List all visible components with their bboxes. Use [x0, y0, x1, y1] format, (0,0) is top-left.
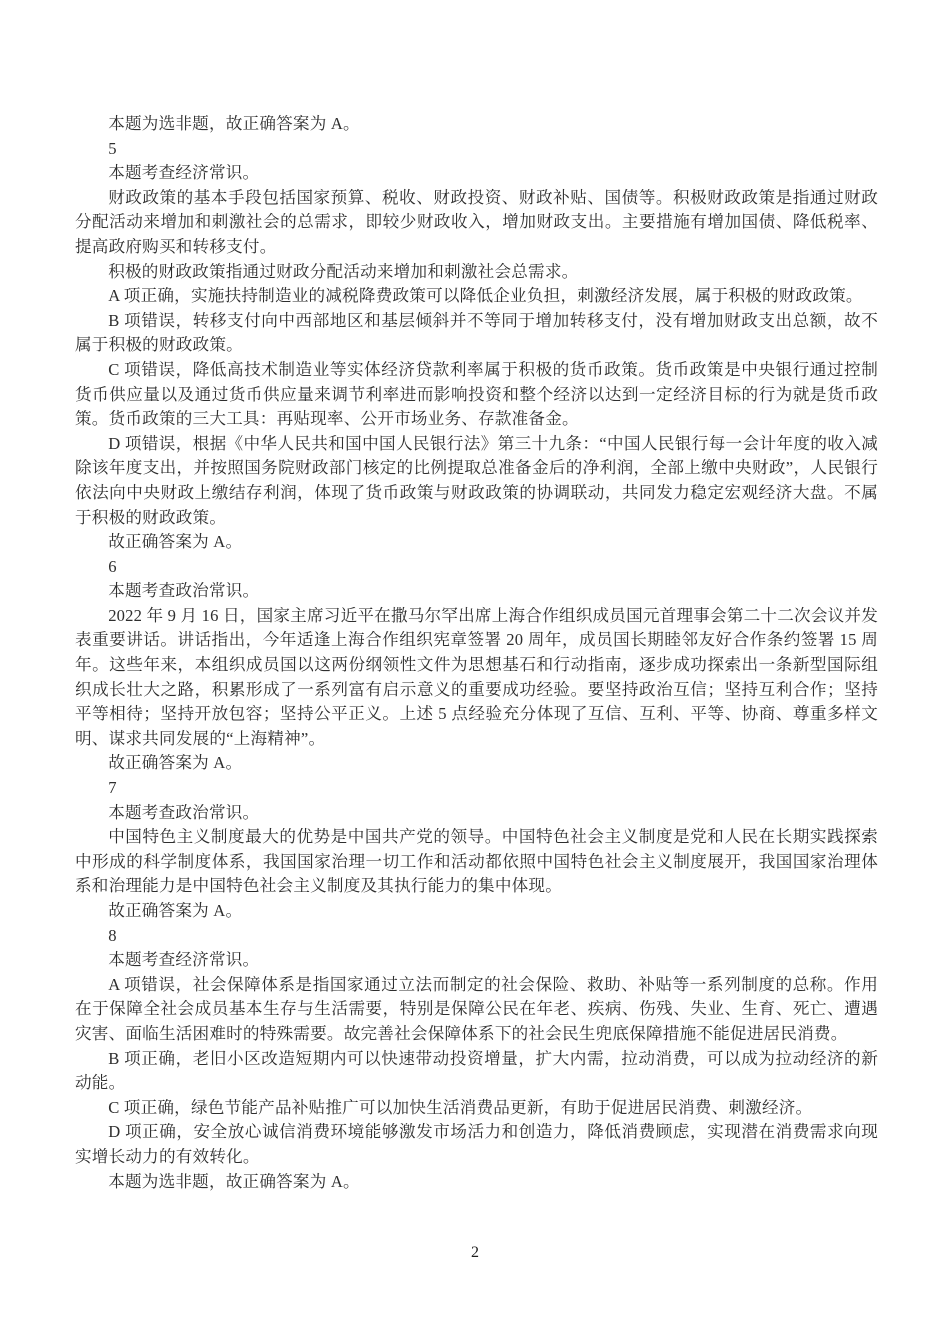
- page-number: 2: [0, 1243, 950, 1263]
- paragraph: 本题考查政治常识。: [75, 579, 878, 604]
- paragraph: A 项错误，社会保障体系是指国家通过立法而制定的社会保险、救助、补贴等一系列制度…: [75, 973, 878, 1047]
- paragraph: B 项正确，老旧小区改造短期内可以快速带动投资增量，扩大内需，拉动消费，可以成为…: [75, 1047, 878, 1096]
- paragraph: 本题考查经济常识。: [75, 948, 878, 973]
- paragraph: 故正确答案为 A。: [75, 530, 878, 555]
- paragraph: 本题考查经济常识。: [75, 161, 878, 186]
- paragraph: 7: [75, 776, 878, 801]
- paragraph: 8: [75, 924, 878, 949]
- paragraph: 财政政策的基本手段包括国家预算、税收、财政投资、财政补贴、国债等。积极财政政策是…: [75, 186, 878, 260]
- paragraph: D 项正确，安全放心诚信消费环境能够激发市场活力和创造力，降低消费顾虑，实现潜在…: [75, 1120, 878, 1169]
- paragraph: 故正确答案为 A。: [75, 899, 878, 924]
- paragraph: 2022 年 9 月 16 日，国家主席习近平在撒马尔罕出席上海合作组织成员国元…: [75, 604, 878, 752]
- document-body: 本题为选非题，故正确答案为 A。5本题考查经济常识。财政政策的基本手段包括国家预…: [75, 112, 878, 1194]
- paragraph: D 项错误，根据《中华人民共和国中国人民银行法》第三十九条：“中国人民银行每一会…: [75, 432, 878, 530]
- paragraph: 本题为选非题，故正确答案为 A。: [75, 112, 878, 137]
- paragraph: 故正确答案为 A。: [75, 751, 878, 776]
- paragraph: 本题为选非题，故正确答案为 A。: [75, 1170, 878, 1195]
- paragraph: C 项正确，绿色节能产品补贴推广可以加快生活消费品更新，有助于促进居民消费、刺激…: [75, 1096, 878, 1121]
- paragraph: 积极的财政政策指通过财政分配活动来增加和刺激社会总需求。: [75, 260, 878, 285]
- paragraph: 中国特色主义制度最大的优势是中国共产党的领导。中国特色社会主义制度是党和人民在长…: [75, 825, 878, 899]
- paragraph: 本题考查政治常识。: [75, 801, 878, 826]
- paragraph: C 项错误，降低高技术制造业等实体经济贷款利率属于积极的货币政策。货币政策是中央…: [75, 358, 878, 432]
- paragraph: B 项错误，转移支付向中西部地区和基层倾斜并不等同于增加转移支付，没有增加财政支…: [75, 309, 878, 358]
- paragraph: 5: [75, 137, 878, 162]
- paragraph: A 项正确，实施扶持制造业的减税降费政策可以降低企业负担，刺激经济发展，属于积极…: [75, 284, 878, 309]
- paragraph: 6: [75, 555, 878, 580]
